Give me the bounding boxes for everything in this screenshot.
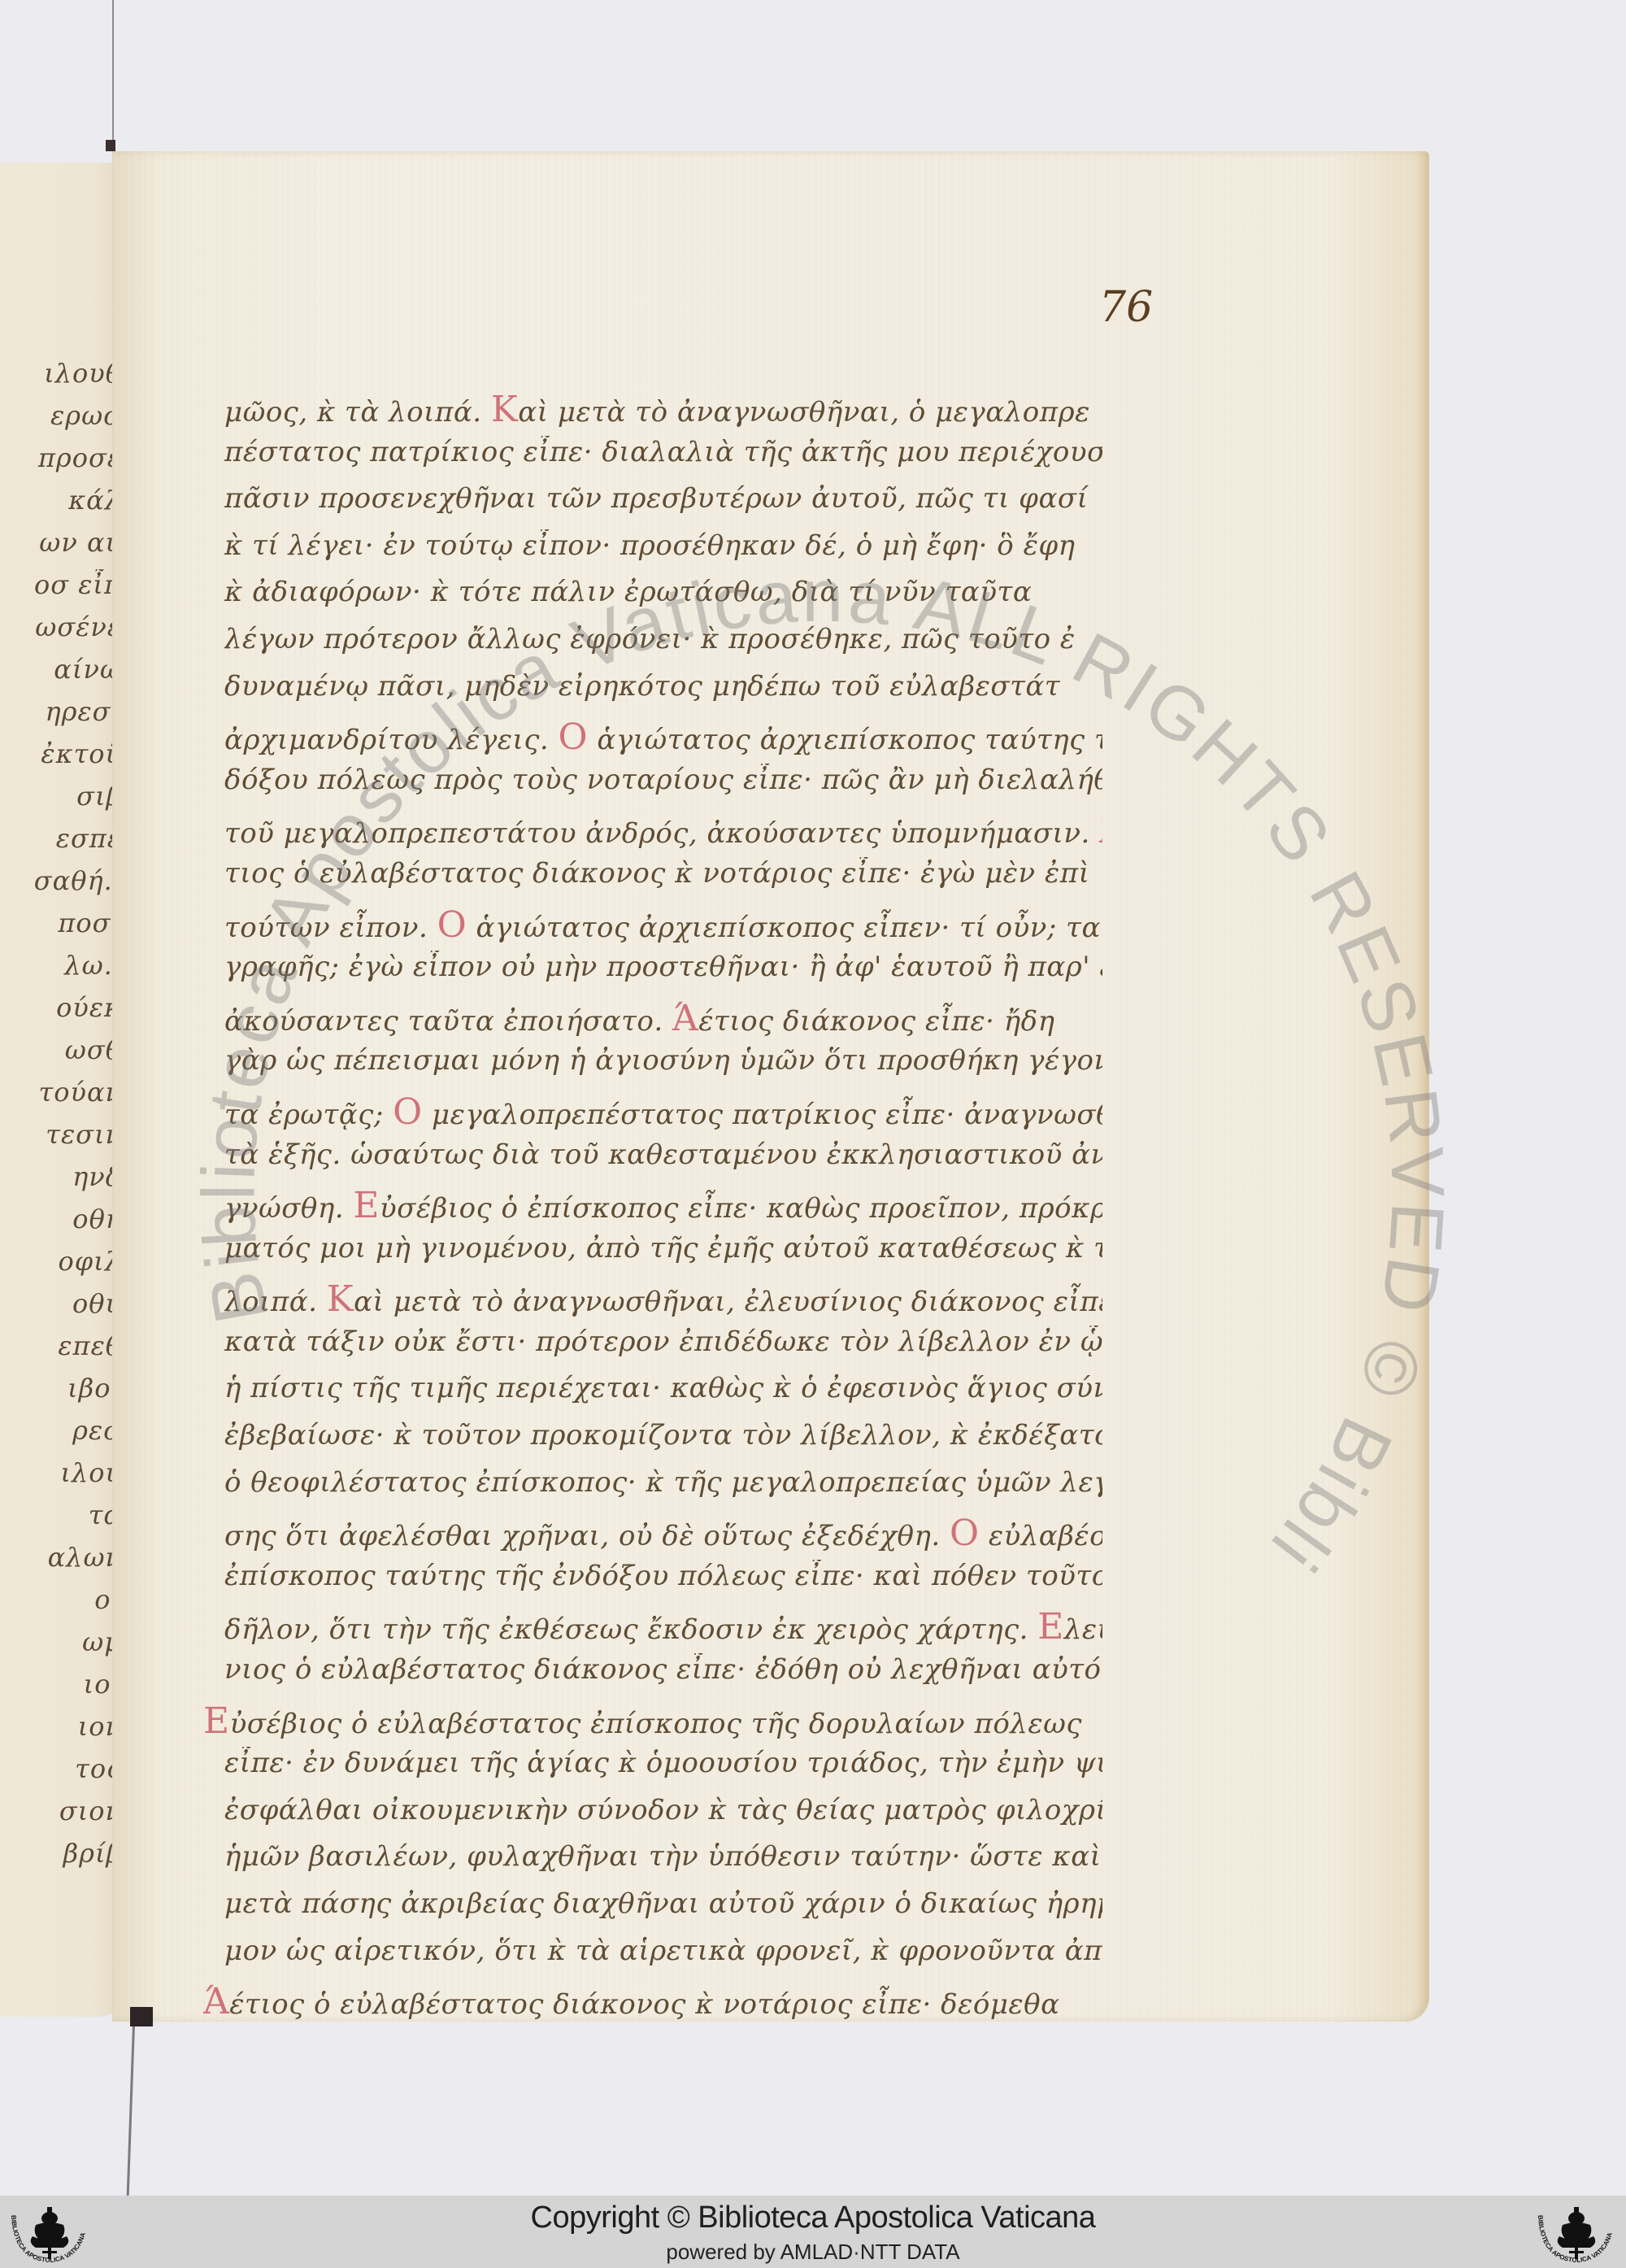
- rubricated-initial: Ε: [1037, 1606, 1064, 1648]
- manuscript-line: μῶος, κ̀ τὰ λοιπά. Καὶ μετὰ τὸ ἀναγνωσθῆ…: [224, 389, 1102, 434]
- manuscript-line: δῆλον, ὅτι τὴν τῆς ἐκθέσεως ἔκδοσιν ἐκ χ…: [224, 1606, 1102, 1652]
- manuscript-line: ἐπίσκοπος ταύτης τῆς ἐνδόξου πόλεως εἶπε…: [224, 1560, 1102, 1605]
- manuscript-line: ἐβεβαίωσε· κ̀ τοῦτον προκομίζοντα τὸν λί…: [224, 1419, 1102, 1465]
- manuscript-line: Άέτιος ὁ εὐλαβέστατος διάκονος κ̀ νοτάρι…: [203, 1981, 1102, 2026]
- verso-line-ending: τα: [0, 1500, 122, 1537]
- rubricated-initial: Ά: [203, 1981, 229, 2022]
- verso-line-ending: αίνω: [0, 654, 122, 691]
- manuscript-line-text: λευσί: [1064, 1613, 1102, 1646]
- verso-line-ending: οφιλ: [0, 1246, 122, 1283]
- verso-line-ending: τος: [0, 1753, 122, 1791]
- manuscript-line: πέστατος πατρίκιος εἶπε· διαλαλιὰ τῆς ἀκ…: [224, 436, 1102, 481]
- manuscript-line-text: κατὰ τάξιν οὐκ ἔστι· πρότερον ἐπιδέδωκε …: [224, 1326, 1102, 1358]
- manuscript-line: κατὰ τάξιν οὐκ ἔστι· πρότερον ἐπιδέδωκε …: [224, 1326, 1102, 1371]
- verso-line-ending: ποσί: [0, 908, 122, 945]
- manuscript-line-text: τοῦ μεγαλοπρεπεστάτου ἀνδρός, ἀκούσαντες…: [224, 817, 1099, 850]
- manuscript-line-text: μεγαλοπρεπέστατος πατρίκιος εἶπε· ἀναγνω…: [423, 1099, 1102, 1131]
- manuscript-line-text: αὶ μετὰ τὸ ἀναγνωσθῆναι, ὁ μεγαλοπρε: [518, 396, 1090, 429]
- manuscript-line-text: ἡ πίστις τῆς τιμῆς περιέχεται· καθὼς κ̀ …: [224, 1372, 1102, 1404]
- manuscript-line-text: ἁγιώτατος ἀρχιεπίσκοπος εἶπεν· τί οὖν; τ…: [467, 912, 1102, 944]
- rubricated-initial: Ε: [203, 1700, 230, 1742]
- verso-line-ending: λω..: [0, 950, 122, 987]
- verso-line-ending: ιοι: [0, 1669, 122, 1706]
- verso-line-ending: οθη: [0, 1204, 122, 1241]
- manuscript-line: γραφῆς; ἐγὼ εἶπον οὐ μὴν προστεθῆναι· ἢ …: [224, 951, 1102, 996]
- verso-line-ending: ωσένε: [0, 612, 122, 649]
- manuscript-line: σης ὅτι ἀφελέσθαι χρῆναι, οὐ δὲ οὕτως ἐξ…: [224, 1513, 1102, 1558]
- manuscript-line-text: εὐλαβέστατος: [980, 1520, 1102, 1552]
- verso-page-fragment: ιλουθερωσπροσέκάλων αὐοσ εἶπωσένεαίνωηρε…: [0, 163, 130, 2017]
- manuscript-line-text: έτιος διάκονος εἶπε· ἤδη: [698, 1005, 1054, 1038]
- verso-line-ending: ων αὐ: [0, 527, 122, 564]
- manuscript-line-text: νιος ὁ εὐλαβέστατος διάκονος εἶπε· ἐδόθη…: [224, 1653, 1102, 1686]
- verso-line-ending: ωμ: [0, 1626, 122, 1664]
- manuscript-line: εἶπε· ἐν δυνάμει τῆς ἁγίας κ̀ ὁμοουσίου …: [224, 1747, 1102, 1792]
- manuscript-line-text: ἐβεβαίωσε· κ̀ τοῦτον προκομίζοντα τὸν λί…: [224, 1419, 1102, 1452]
- manuscript-line: τα ἐρωτᾷς; Ο μεγαλοπρεπέστατος πατρίκιος…: [224, 1091, 1102, 1137]
- verso-line-ending: ερωσ: [0, 400, 122, 437]
- manuscript-line: δόξου πόλεως πρὸς τοὺς νοταρίους εἶπε· π…: [224, 764, 1102, 809]
- verso-line-ending: εσπε: [0, 823, 122, 860]
- verso-line-ending: σιβ: [0, 781, 122, 818]
- manuscript-line: ὁ θεοφιλέστατος ἐπίσκοπος· κ̀ τῆς μεγαλο…: [224, 1466, 1102, 1512]
- manuscript-line-text: μον ὡς αἱρετικόν, ὅτι κ̀ τὰ αἱρετικὰ φρο…: [224, 1935, 1102, 1967]
- manuscript-line-text: λοιπά.: [224, 1286, 327, 1318]
- manuscript-line-text: δῆλον, ὅτι τὴν τῆς ἐκθέσεως ἔκδοσιν ἐκ χ…: [224, 1613, 1037, 1646]
- verso-line-ending: τεσιν: [0, 1119, 122, 1156]
- gutter-fold-line: [112, 0, 114, 150]
- manuscript-line: δυναμένῳ πᾶσι, μηδὲν εἰρηκότος μηδέπω το…: [224, 670, 1102, 716]
- copyright-footer: BIBLIOTECA APOSTOLICA VATICANA Copyright…: [0, 2196, 1626, 2268]
- manuscript-line-text: πᾶσιν προσενεχθῆναι τῶν πρεσβυτέρων ἀυτο…: [224, 482, 1088, 515]
- verso-line-ending: ιβοι: [0, 1373, 122, 1410]
- verso-line-ending: ιον: [0, 1711, 122, 1748]
- manuscript-line-text: ἐπίσκοπος ταύτης τῆς ἐνδόξου πόλεως εἶπε…: [224, 1560, 1102, 1592]
- manuscript-line: Εὐσέβιος ὁ εὐλαβέστατος ἐπίσκοπος τῆς δο…: [203, 1700, 1102, 1746]
- verso-line-ending: ιλουθ: [0, 358, 122, 395]
- manuscript-line-text: ὐσέβιος ὁ ἐπίσκοπος εἶπε· καθὼς προεῖπον…: [380, 1192, 1102, 1225]
- rubricated-initial: Ε: [353, 1185, 380, 1226]
- manuscript-line-text: γνώσθη.: [224, 1192, 353, 1225]
- manuscript-scan-area: ιλουθερωσπροσέκάλων αὐοσ εἶπωσένεαίνωηρε…: [0, 0, 1626, 2196]
- verso-line-ending: ιλου: [0, 1457, 122, 1495]
- manuscript-line-text: αὶ μετὰ τὸ ἀναγνωσθῆναι, ἐλευσίνιος διάκ…: [354, 1286, 1102, 1318]
- manuscript-line: τούτων εἶπον. Ο ἁγιώτατος ἀρχιεπίσκοπος …: [224, 904, 1102, 950]
- rubricated-initial: Κ: [327, 1278, 354, 1320]
- rubricated-initial: Ά: [672, 998, 698, 1039]
- manuscript-line-text: ὁ θεοφιλέστατος ἐπίσκοπος· κ̀ τῆς μεγαλο…: [224, 1466, 1102, 1499]
- rubricated-initial: Ο: [559, 716, 589, 758]
- verso-line-ending: οσ εἶπ: [0, 569, 122, 607]
- manuscript-line-text: ἁγιώτατος ἀρχιεπίσκοπος ταύτης τῆς ἐν: [588, 724, 1102, 756]
- verso-line-ending: ρεσ: [0, 1415, 122, 1452]
- manuscript-line: ματός μοι μὴ γινομένου, ἀπὸ τῆς ἐμῆς αὐτ…: [224, 1232, 1102, 1278]
- manuscript-line-text: τιος ὁ εὐλαβέστατος διάκονος κ̀ νοτάριος…: [224, 857, 1089, 890]
- manuscript-line: ἡμῶν βασιλέων, φυλαχθῆναι τὴν ὑπόθεσιν τ…: [224, 1840, 1102, 1886]
- manuscript-line-text: γραφῆς; ἐγὼ εἶπον οὐ μὴν προστεθῆναι· ἢ …: [224, 951, 1102, 983]
- verso-line-ending: οθυ: [0, 1288, 122, 1326]
- manuscript-line: πᾶσιν προσενεχθῆναι τῶν πρεσβυτέρων ἀυτο…: [224, 482, 1102, 528]
- rubricated-initial: Ο: [393, 1091, 423, 1133]
- verso-line-ending: σιον: [0, 1796, 122, 1833]
- manuscript-line-text: ματός μοι μὴ γινομένου, ἀπὸ τῆς ἐμῆς αὐτ…: [224, 1232, 1102, 1265]
- manuscript-line-text: ἀρχιμανδρίτου λέγεις.: [224, 724, 559, 756]
- verso-line-ending: σαθή..: [0, 865, 122, 903]
- manuscript-line-text: κ̀ ἀδιαφόρων· κ̀ τότε πάλιν ἐρωτάσθω, δι…: [224, 576, 1032, 608]
- manuscript-line: κ̀ τί λέγει· ἐν τούτῳ εἶπον· προσέθηκαν …: [224, 529, 1102, 575]
- manuscript-line-text: δόξου πόλεως πρὸς τοὺς νοταρίους εἶπε· π…: [224, 764, 1102, 796]
- vatican-library-logo-icon: BIBLIOTECA APOSTOLICA VATICANA: [1532, 2204, 1621, 2266]
- folio-number: 76: [1099, 283, 1153, 332]
- verso-line-ending: επεθ: [0, 1330, 122, 1368]
- page-clip-bottom: [130, 2007, 153, 2026]
- manuscript-line-text: έτιος ὁ εὐλαβέστατος διάκονος κ̀ νοτάριο…: [229, 1988, 1059, 2021]
- manuscript-line: ἡ πίστις τῆς τιμῆς περιέχεται· καθὼς κ̀ …: [224, 1372, 1102, 1417]
- manuscript-line: γὰρ ὡς πέπεισμαι μόνη ἡ ἀγιοσύνη ὑμῶν ὅτ…: [224, 1044, 1102, 1090]
- manuscript-line: τοῦ μεγαλοπρεπεστάτου ἀνδρός, ἀκούσαντες…: [224, 810, 1102, 855]
- manuscript-line-text: μετὰ πάσης ἀκριβείας διαχθῆναι αὐτοῦ χάρ…: [224, 1887, 1102, 1920]
- manuscript-line: μον ὡς αἱρετικόν, ὅτι κ̀ τὰ αἱρετικὰ φρο…: [224, 1935, 1102, 1980]
- manuscript-line-text: γὰρ ὡς πέπεισμαι μόνη ἡ ἀγιοσύνη ὑμῶν ὅτ…: [224, 1044, 1102, 1077]
- manuscript-line: ἐσφάλθαι οἰκουμενικὴν σύνοδον κ̀ τὰς θεί…: [224, 1794, 1102, 1839]
- manuscript-text-block: μῶος, κ̀ τὰ λοιπά. Καὶ μετὰ τὸ ἀναγνωσθῆ…: [224, 389, 1102, 2028]
- manuscript-line-text: ἐσφάλθαι οἰκουμενικὴν σύνοδον κ̀ τὰς θεί…: [224, 1794, 1102, 1826]
- manuscript-line: λοιπά. Καὶ μετὰ τὸ ἀναγνωσθῆναι, ἐλευσίν…: [224, 1278, 1102, 1324]
- rubricated-initial: Ο: [437, 904, 467, 946]
- manuscript-line-text: τούτων εἶπον.: [224, 912, 437, 944]
- verso-line-ending: ἐκτοῦ: [0, 738, 122, 776]
- manuscript-line: τιος ὁ εὐλαβέστατος διάκονος κ̀ νοτάριος…: [224, 857, 1102, 903]
- manuscript-line-text: τὰ ἑξῆς. ὡσαύτως διὰ τοῦ καθεσταμένου ἐκ…: [224, 1138, 1102, 1171]
- page-clip-top: [106, 140, 115, 151]
- verso-line-ending: προσέ: [0, 442, 122, 480]
- gutter-fold-line-bottom: [127, 2025, 135, 2196]
- copyright-text: Copyright © Biblioteca Apostolica Vatica…: [0, 2201, 1626, 2235]
- manuscript-line-text: τα ἐρωτᾷς;: [224, 1099, 393, 1131]
- verso-line-ending: κάλ: [0, 485, 122, 522]
- verso-line-ending: ηνδ: [0, 1161, 122, 1199]
- manuscript-line-text: λέγων πρότερον ἄλλως ἐφρόνει· κ̀ προσέθη…: [224, 623, 1076, 655]
- manuscript-line-text: μῶος, κ̀ τὰ λοιπά.: [224, 396, 491, 429]
- manuscript-line: γνώσθη. Εὐσέβιος ὁ ἐπίσκοπος εἶπε· καθὼς…: [224, 1185, 1102, 1230]
- manuscript-line-text: εἶπε· ἐν δυνάμει τῆς ἁγίας κ̀ ὁμοουσίου …: [224, 1747, 1102, 1779]
- manuscript-line: λέγων πρότερον ἄλλως ἐφρόνει· κ̀ προσέθη…: [224, 623, 1102, 668]
- manuscript-line-text: σης ὅτι ἀφελέσθαι χρῆναι, οὐ δὲ οὕτως ἐξ…: [224, 1520, 950, 1552]
- manuscript-line: τὰ ἑξῆς. ὡσαύτως διὰ τοῦ καθεσταμένου ἐκ…: [224, 1138, 1102, 1184]
- verso-line-ending: αλων: [0, 1542, 122, 1579]
- verso-line-ending: ωσθ: [0, 1034, 122, 1072]
- manuscript-line-text: κ̀ τί λέγει· ἐν τούτῳ εἶπον· προσέθηκαν …: [224, 529, 1076, 562]
- manuscript-line: νιος ὁ εὐλαβέστατος διάκονος εἶπε· ἐδόθη…: [224, 1653, 1102, 1699]
- rubricated-initial: Ο: [950, 1513, 980, 1554]
- manuscript-line-text: δυναμένῳ πᾶσι, μηδὲν εἰρηκότος μηδέπω το…: [224, 670, 1060, 703]
- manuscript-line: ἀκούσαντες ταῦτα ἐποιήσατο. Άέτιος διάκο…: [224, 998, 1102, 1043]
- manuscript-line: μετὰ πάσης ἀκριβείας διαχθῆναι αὐτοῦ χάρ…: [224, 1887, 1102, 1933]
- verso-text-column: ιλουθερωσπροσέκάλων αὐοσ εἶπωσένεαίνωηρε…: [0, 358, 122, 1880]
- verso-line-ending: ηρεσι: [0, 696, 122, 734]
- verso-line-ending: τούαν: [0, 1077, 122, 1114]
- rubricated-initial: Ά: [1099, 810, 1102, 851]
- manuscript-line-text: ἡμῶν βασιλέων, φυλαχθῆναι τὴν ὑπόθεσιν τ…: [224, 1840, 1101, 1873]
- rubricated-initial: Κ: [491, 389, 518, 430]
- verso-line-ending: οι: [0, 1584, 122, 1622]
- powered-by-text: powered by AMLAD·NTT DATA: [0, 2240, 1626, 2265]
- manuscript-line: κ̀ ἀδιαφόρων· κ̀ τότε πάλιν ἐρωτάσθω, δι…: [224, 576, 1102, 621]
- verso-line-ending: βρίβ: [0, 1838, 122, 1875]
- manuscript-line-text: ὐσέβιος ὁ εὐλαβέστατος ἐπίσκοπος τῆς δορ…: [230, 1708, 1082, 1740]
- verso-line-ending: ούεκ: [0, 992, 122, 1030]
- manuscript-line-text: ἀκούσαντες ταῦτα ἐποιήσατο.: [224, 1005, 672, 1038]
- manuscript-line-text: πέστατος πατρίκιος εἶπε· διαλαλιὰ τῆς ἀκ…: [224, 436, 1102, 468]
- manuscript-line: ἀρχιμανδρίτου λέγεις. Ο ἁγιώτατος ἀρχιεπ…: [224, 716, 1102, 762]
